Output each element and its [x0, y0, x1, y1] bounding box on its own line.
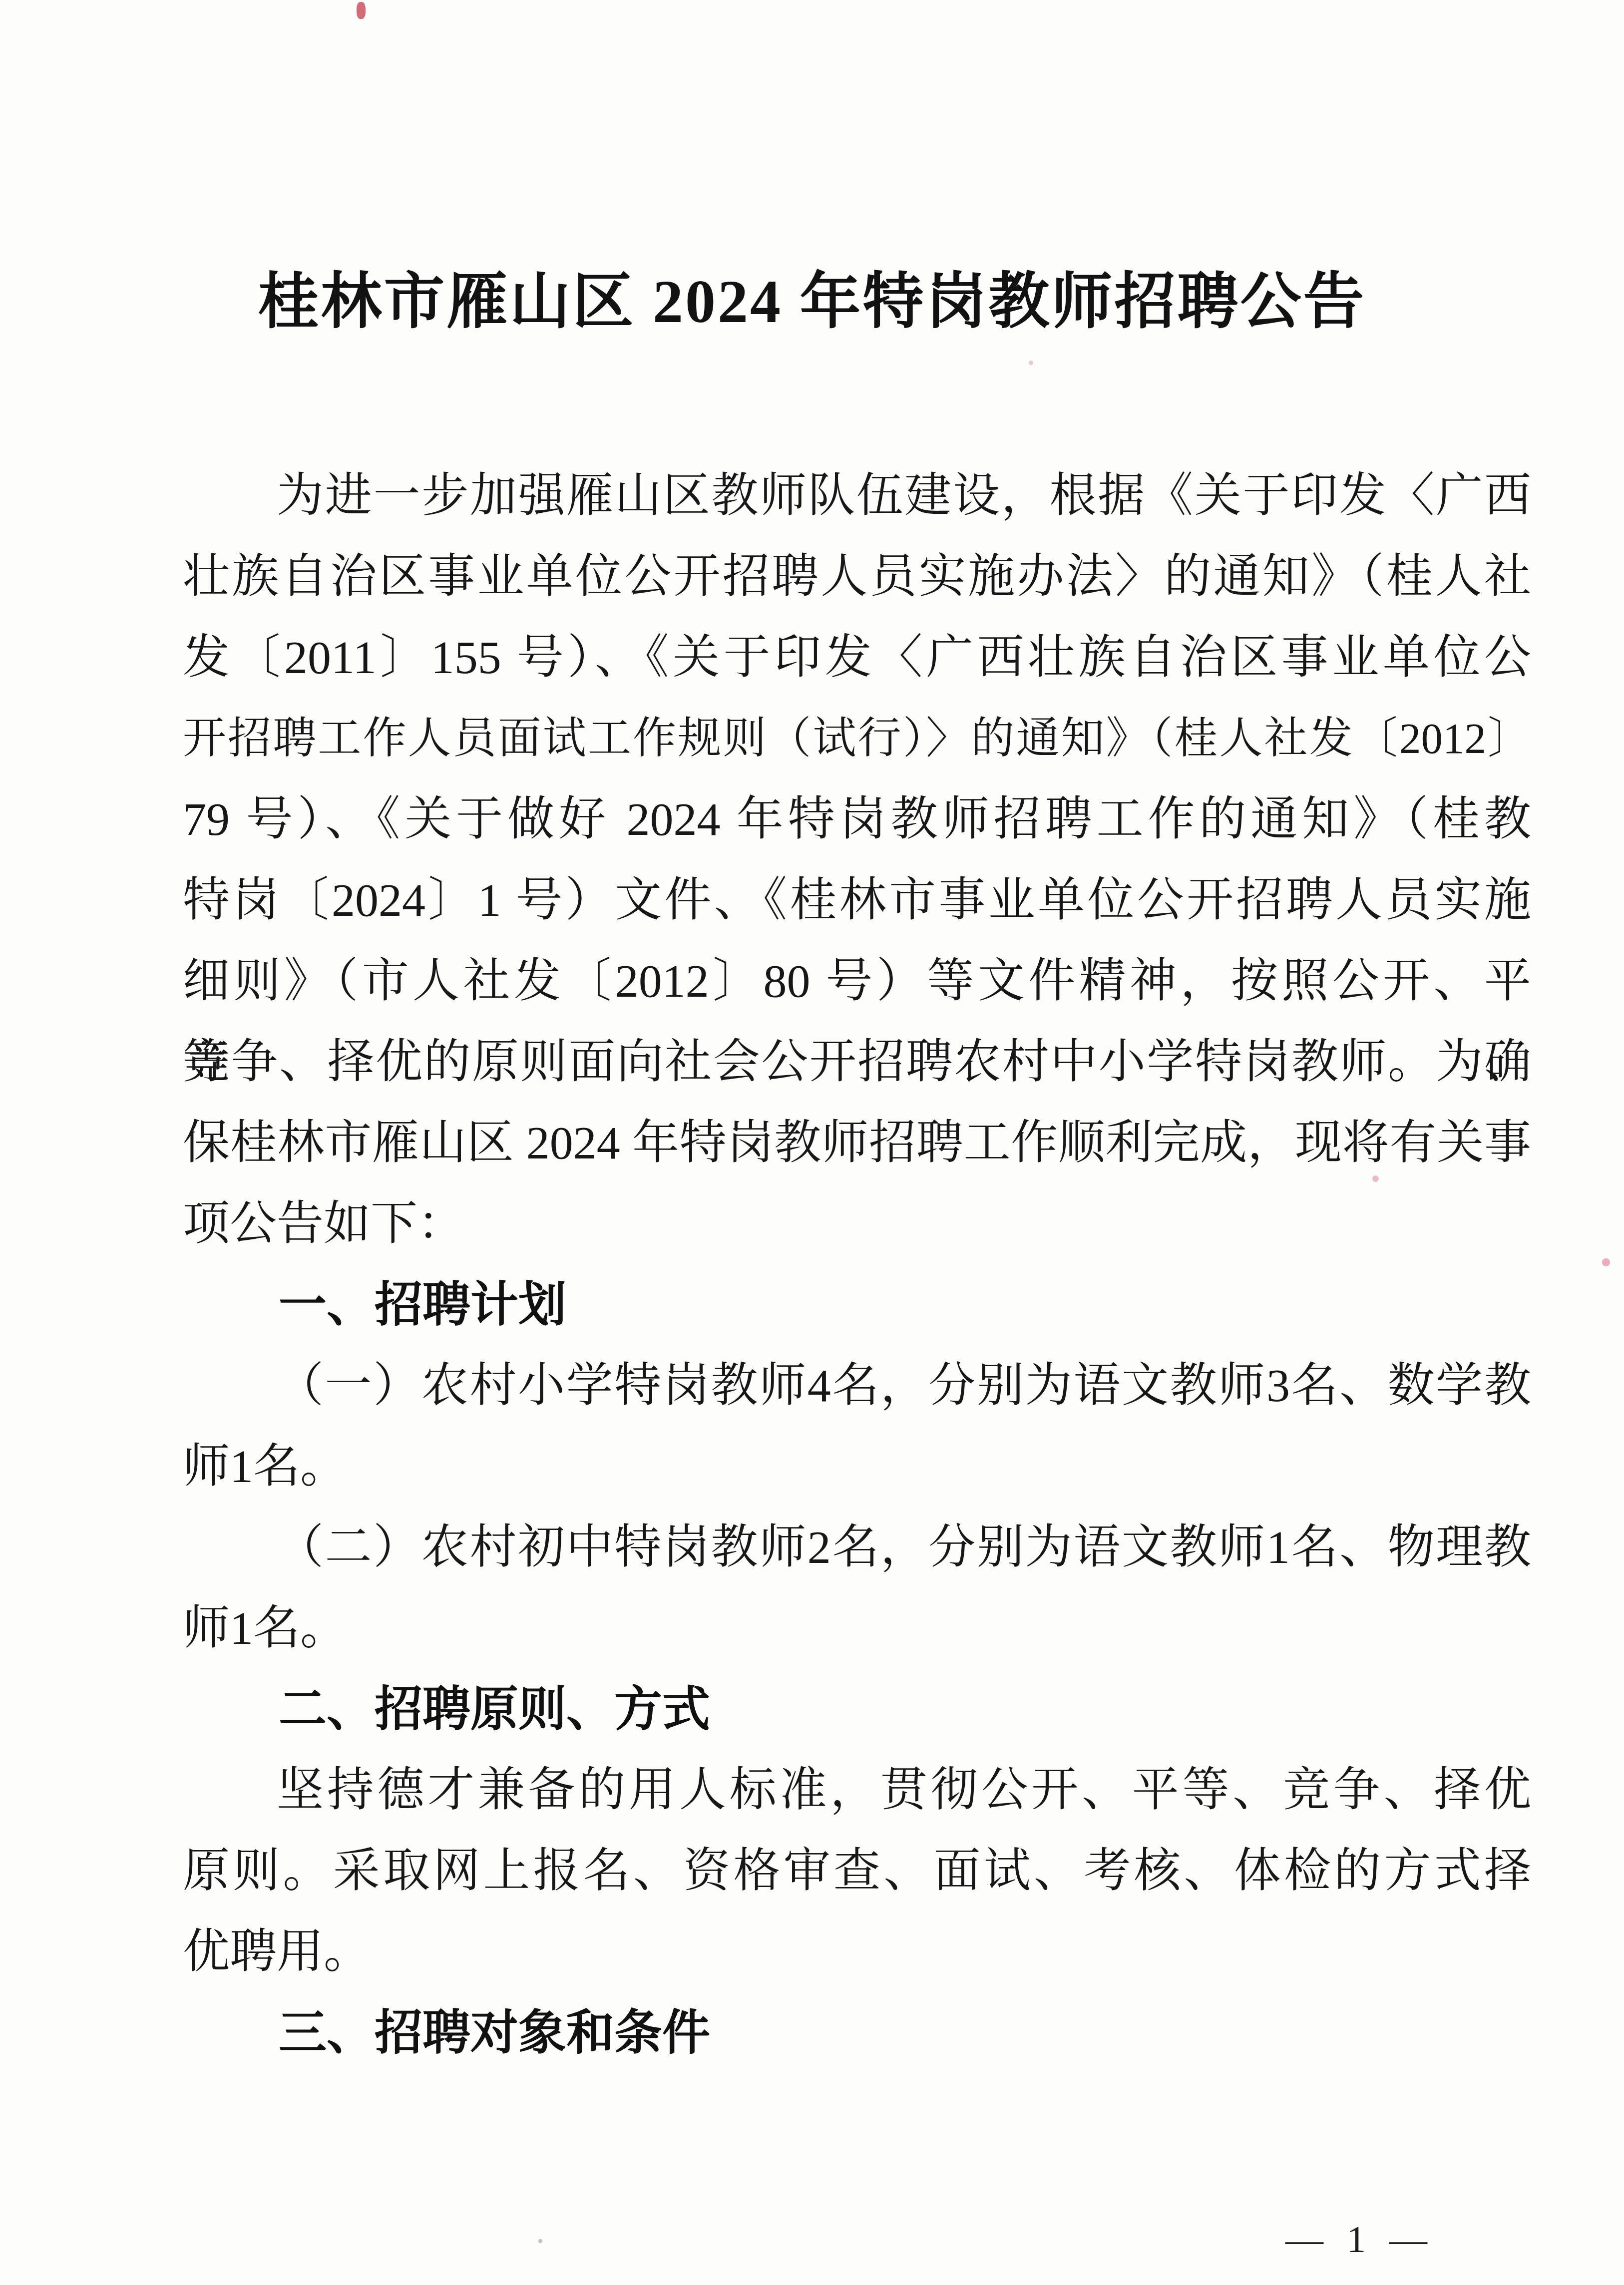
scan-speck: [538, 2239, 542, 2243]
body-line: 保桂林市雁山区 2024 年特岗教师招聘工作顺利完成，现将有关事: [183, 1103, 1531, 1183]
body-line: （二）农村初中特岗教师2名，分别为语文教师1名、物理教: [183, 1507, 1531, 1588]
body-line: 优聘用。: [183, 1911, 1531, 1992]
scan-speck: [1029, 361, 1033, 365]
body-line: 发〔2011〕155 号）、《关于印发〈广西壮族自治区事业单位公: [183, 617, 1531, 698]
body-line: 竞争、择优的原则面向社会公开招聘农村中小学特岗教师。为确: [183, 1022, 1531, 1103]
body-line: 细则》（市人社发〔2012〕80 号）等文件精神，按照公开、平等、: [183, 941, 1531, 1022]
scan-speck: [357, 2, 366, 19]
body-line: 项公告如下：: [183, 1183, 1531, 1264]
body-line: 坚持德才兼备的用人标准，贯彻公开、平等、竞争、择优: [183, 1750, 1531, 1831]
section-heading-principles-methods: 二、招聘原则、方式: [183, 1669, 1531, 1750]
body-line: 79 号）、《关于做好 2024 年特岗教师招聘工作的通知》（桂教: [183, 779, 1531, 860]
body-line: 原则。采取网上报名、资格审查、面试、考核、体检的方式择: [183, 1831, 1531, 1911]
body-line: 开招聘工作人员面试工作规则（试行）〉的通知》（桂人社发〔2012〕: [183, 698, 1531, 779]
body-line: 壮族自治区事业单位公开招聘人员实施办法〉的通知》（桂人社: [183, 536, 1531, 617]
body-line: 特岗〔2024〕1 号）文件、《桂林市事业单位公开招聘人员实施: [183, 860, 1531, 941]
body-line: 师1名。: [183, 1588, 1531, 1669]
document-page: 桂林市雁山区 2024 年特岗教师招聘公告 为进一步加强雁山区教师队伍建设，根据…: [0, 0, 1624, 2285]
body-line: （一）农村小学特岗教师4名，分别为语文教师3名、数学教: [183, 1345, 1531, 1426]
section-heading-targets-conditions: 三、招聘对象和条件: [183, 1992, 1531, 2073]
scan-speck: [1602, 1258, 1610, 1266]
section-heading-recruitment-plan: 一、招聘计划: [183, 1264, 1531, 1345]
body-line: 为进一步加强雁山区教师队伍建设，根据《关于印发〈广西: [183, 455, 1531, 536]
document-title: 桂林市雁山区 2024 年特岗教师招聘公告: [0, 260, 1624, 345]
body-line: 师1名。: [183, 1426, 1531, 1507]
page-number: — 1 —: [1285, 2218, 1434, 2262]
document-body: 为进一步加强雁山区教师队伍建设，根据《关于印发〈广西 壮族自治区事业单位公开招聘…: [183, 455, 1531, 2073]
